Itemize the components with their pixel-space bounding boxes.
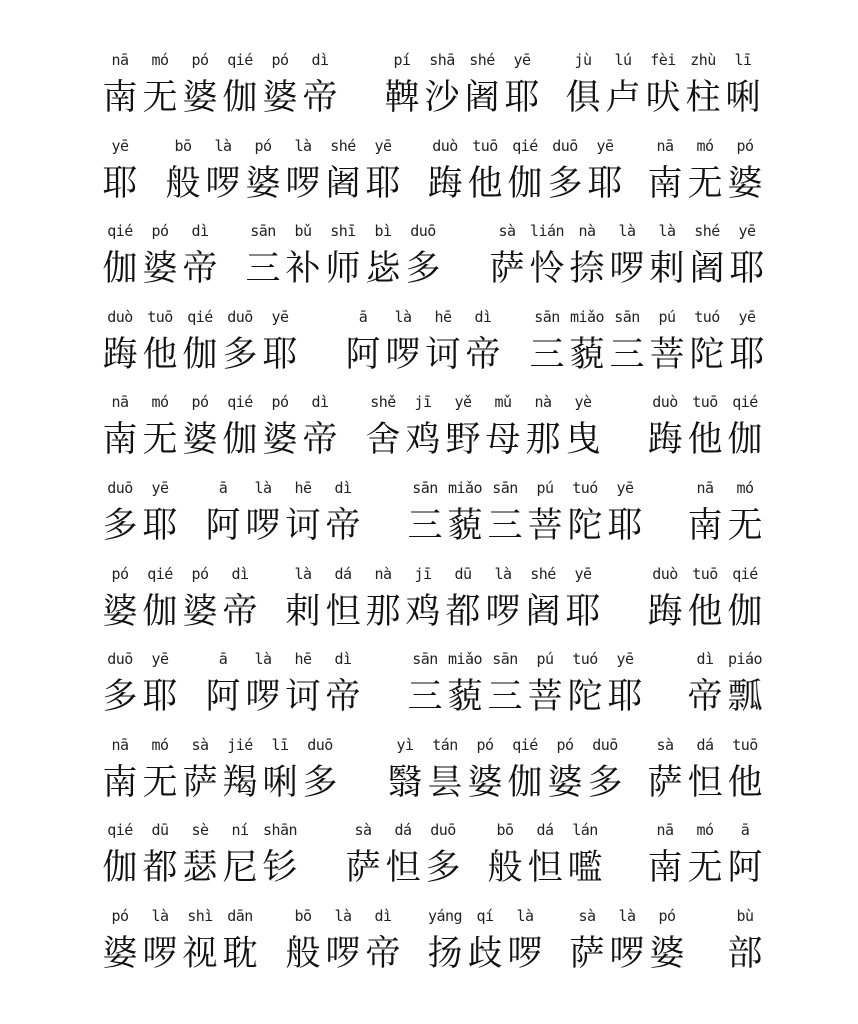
text-line: qié伽pó婆dì帝sān三bǔ补shī师bì毖duō多sà萨lián怜nà捺l… <box>0 216 858 302</box>
character-cell: pó婆 <box>647 901 687 977</box>
hanzi-character: 吠 <box>645 75 680 121</box>
character-cell: dá怛 <box>383 815 423 891</box>
pinyin-annotation: dá <box>334 559 351 589</box>
hanzi-character: 啰 <box>385 332 420 378</box>
pinyin-annotation: dì <box>374 901 391 931</box>
character-cell: ā阿 <box>725 815 765 891</box>
character-cell: shì视 <box>180 901 220 977</box>
phrase-segment: nā南mó无pó婆 <box>645 131 765 207</box>
hanzi-character: 陀 <box>567 503 602 549</box>
text-line: pó婆qié伽pó婆dì帝là剌dá怛nà那jī鸡dū都là啰shé阇yē耶du… <box>0 559 858 645</box>
pinyin-annotation: dū <box>454 559 471 589</box>
pinyin-annotation: hē <box>294 473 311 503</box>
pinyin-annotation: dì <box>696 644 713 674</box>
pinyin-annotation: duò <box>652 387 678 417</box>
hanzi-character: 三 <box>609 332 644 378</box>
character-cell: nā南 <box>100 45 140 121</box>
character-cell: yē耶 <box>605 473 645 549</box>
hanzi-character: 卢 <box>605 75 640 121</box>
character-cell: sè瑟 <box>180 815 220 891</box>
character-cell: nà那 <box>523 387 563 463</box>
pinyin-annotation: ā <box>219 473 228 503</box>
pinyin-annotation: duō <box>107 644 133 674</box>
hanzi-character: 婆 <box>467 760 502 806</box>
pinyin-annotation: piáo <box>728 644 762 674</box>
character-cell: yē耶 <box>100 131 140 207</box>
hanzi-character: 耽 <box>222 931 257 977</box>
pinyin-annotation: shā <box>429 45 455 75</box>
character-cell: qié伽 <box>100 216 140 292</box>
character-cell: dì帝 <box>363 901 403 977</box>
pinyin-annotation: pó <box>556 730 573 760</box>
pinyin-annotation: shī <box>330 216 356 246</box>
text-line: nā南mó无pó婆qié伽pó婆dì帝pí鞞shā沙shé阇yē耶jù俱lú卢f… <box>0 45 858 131</box>
pinyin-annotation: tuō <box>692 559 718 589</box>
pinyin-annotation: là <box>658 216 675 246</box>
character-cell: nā南 <box>645 815 685 891</box>
hanzi-character: 俱 <box>565 75 600 121</box>
phrase-segment: là剌dá怛nà那jī鸡dū都là啰shé阇yē耶 <box>283 559 603 635</box>
hanzi-character: 伽 <box>222 75 257 121</box>
hanzi-character: 萨 <box>569 931 604 977</box>
hanzi-character: 三 <box>529 332 564 378</box>
pinyin-annotation: dá <box>394 815 411 845</box>
pinyin-annotation: pó <box>111 559 128 589</box>
hanzi-character: 耶 <box>729 332 764 378</box>
pinyin-annotation: miǎo <box>448 473 482 503</box>
character-cell: dá怛 <box>685 730 725 806</box>
character-cell: nā南 <box>100 387 140 463</box>
hanzi-character: 菩 <box>527 503 562 549</box>
text-line: qié伽dū都sè瑟ní尼shān钐sà萨dá怛duō多bō般dá怛lán嚂nā… <box>0 815 858 901</box>
pinyin-annotation: mó <box>151 730 168 760</box>
character-cell: lī唎 <box>723 45 763 121</box>
pinyin-annotation: pó <box>271 387 288 417</box>
hanzi-character: 昙 <box>427 760 462 806</box>
pinyin-annotation: mó <box>736 473 753 503</box>
pinyin-annotation: qí <box>476 901 493 931</box>
phrase-segment: nā南mó无ā阿 <box>645 815 765 891</box>
hanzi-character: 帝 <box>325 503 360 549</box>
character-cell: yè曳 <box>563 387 603 463</box>
hanzi-character: 啰 <box>609 246 644 292</box>
phrase-segment: duò踇tuō他qié伽duō多yē耶 <box>425 131 625 207</box>
character-cell: hē诃 <box>423 302 463 378</box>
hanzi-character: 耶 <box>142 674 177 720</box>
character-cell: lián怜 <box>527 216 567 292</box>
character-cell: yì翳 <box>385 730 425 806</box>
pinyin-annotation: là <box>494 559 511 589</box>
hanzi-character: 怛 <box>687 760 722 806</box>
pinyin-annotation: nà <box>534 387 551 417</box>
hanzi-character: 三 <box>487 674 522 720</box>
character-cell: dì帝 <box>685 644 725 720</box>
character-cell: yē耶 <box>140 644 180 720</box>
pinyin-annotation: pó <box>151 216 168 246</box>
pinyin-annotation: duō <box>227 302 253 332</box>
character-cell: tuō他 <box>685 387 725 463</box>
pinyin-annotation: qié <box>187 302 213 332</box>
pinyin-annotation: là <box>151 901 168 931</box>
character-cell: nā南 <box>685 473 725 549</box>
phrase-segment: ā阿là啰hē诃dì帝 <box>203 473 363 549</box>
character-cell: shé阇 <box>523 559 563 635</box>
character-cell: pó婆 <box>545 730 585 806</box>
character-cell: duō多 <box>100 473 140 549</box>
phrase-segment: duò踇tuō他qié伽duō多yē耶 <box>100 302 300 378</box>
phrase-segment: bō般dá怛lán嚂 <box>485 815 605 891</box>
hanzi-character: 阇 <box>525 589 560 635</box>
hanzi-character: 多 <box>405 246 440 292</box>
hanzi-character: 伽 <box>507 760 542 806</box>
pinyin-annotation: yáng <box>428 901 462 931</box>
pinyin-annotation: yē <box>616 473 633 503</box>
hanzi-character: 尼 <box>222 845 257 891</box>
phrase-segment: sà萨dá怛tuō他 <box>645 730 765 806</box>
hanzi-character: 萨 <box>489 246 524 292</box>
hanzi-character: 师 <box>325 246 360 292</box>
character-cell: sà萨 <box>343 815 383 891</box>
character-cell: là啰 <box>140 901 180 977</box>
character-cell: duò踇 <box>645 387 685 463</box>
character-cell: jī鸡 <box>403 559 443 635</box>
hanzi-character: 曳 <box>565 417 600 463</box>
phrase-segment: pó婆là啰shì视dān耽 <box>100 901 260 977</box>
character-cell: duō多 <box>220 302 260 378</box>
character-cell: bō般 <box>283 901 323 977</box>
character-cell: lú卢 <box>603 45 643 121</box>
phrase-segment: sān三miǎo藐sān三pú菩tuó陀yē耶 <box>405 644 645 720</box>
hanzi-character: 南 <box>102 760 137 806</box>
hanzi-character: 陀 <box>689 332 724 378</box>
character-cell: hē诃 <box>283 644 323 720</box>
pinyin-annotation: dū <box>151 815 168 845</box>
character-cell: yē耶 <box>585 131 625 207</box>
hanzi-character: 耶 <box>142 503 177 549</box>
character-cell: sà萨 <box>487 216 527 292</box>
hanzi-character: 般 <box>165 161 200 207</box>
pinyin-annotation: sà <box>354 815 371 845</box>
pinyin-annotation: qié <box>732 559 758 589</box>
character-cell: sān三 <box>243 216 283 292</box>
hanzi-character: 怜 <box>529 246 564 292</box>
pinyin-annotation: yē <box>271 302 288 332</box>
pinyin-annotation: là <box>618 216 635 246</box>
hanzi-character: 踇 <box>102 332 137 378</box>
pinyin-annotation: duō <box>552 131 578 161</box>
hanzi-character: 母 <box>485 417 520 463</box>
pinyin-annotation: ā <box>741 815 750 845</box>
hanzi-character: 鸡 <box>405 589 440 635</box>
character-cell: pó婆 <box>140 216 180 292</box>
pinyin-annotation: qié <box>732 387 758 417</box>
pinyin-annotation: shān <box>263 815 297 845</box>
phrase-segment: sà萨lián怜nà捺là啰là剌shé阇yē耶 <box>487 216 767 292</box>
hanzi-character: 无 <box>142 417 177 463</box>
hanzi-character: 耶 <box>365 161 400 207</box>
hanzi-character: 无 <box>687 845 722 891</box>
pinyin-annotation: dá <box>536 815 553 845</box>
character-cell: shé阇 <box>687 216 727 292</box>
pinyin-annotation: jié <box>227 730 253 760</box>
hanzi-character: 那 <box>525 417 560 463</box>
pinyin-annotation: lán <box>572 815 598 845</box>
pinyin-annotation: shé <box>694 216 720 246</box>
hanzi-character: 帝 <box>325 674 360 720</box>
pinyin-annotation: là <box>516 901 533 931</box>
hanzi-character: 他 <box>687 589 722 635</box>
character-cell: duō多 <box>585 730 625 806</box>
pinyin-annotation: dì <box>334 644 351 674</box>
phrase-segment: duō多yē耶 <box>100 473 180 549</box>
character-cell: duō多 <box>300 730 340 806</box>
pinyin-annotation: pó <box>254 131 271 161</box>
hanzi-character: 帝 <box>687 674 722 720</box>
hanzi-character: 多 <box>587 760 622 806</box>
character-cell: sà萨 <box>567 901 607 977</box>
character-cell: bǔ补 <box>283 216 323 292</box>
pinyin-annotation: duò <box>107 302 133 332</box>
character-cell: mó无 <box>685 815 725 891</box>
pinyin-annotation: sà <box>498 216 515 246</box>
pinyin-annotation: bō <box>174 131 191 161</box>
pinyin-annotation: sān <box>614 302 640 332</box>
pinyin-annotation: shé <box>469 45 495 75</box>
pinyin-annotation: shì <box>187 901 213 931</box>
hanzi-character: 踇 <box>427 161 462 207</box>
character-cell: pó婆 <box>180 45 220 121</box>
character-cell: mó无 <box>685 131 725 207</box>
character-cell: dá怛 <box>525 815 565 891</box>
pinyin-annotation: duō <box>410 216 436 246</box>
hanzi-character: 耶 <box>565 589 600 635</box>
phrase-segment: bō般là啰pó婆là啰shé阇yē耶 <box>163 131 403 207</box>
hanzi-character: 都 <box>445 589 480 635</box>
hanzi-character: 伽 <box>142 589 177 635</box>
pinyin-annotation: bù <box>736 901 753 931</box>
hanzi-character: 毖 <box>365 246 400 292</box>
hanzi-character: 婆 <box>182 589 217 635</box>
pinyin-annotation: hē <box>294 644 311 674</box>
pinyin-annotation: duō <box>307 730 333 760</box>
hanzi-character: 阇 <box>689 246 724 292</box>
hanzi-character: 藐 <box>569 332 604 378</box>
hanzi-character: 婆 <box>547 760 582 806</box>
pinyin-annotation: yē <box>738 216 755 246</box>
phrase-segment: nā南mó无pó婆qié伽pó婆dì帝 <box>100 387 340 463</box>
character-cell: tuō他 <box>465 131 505 207</box>
pinyin-annotation: là <box>294 131 311 161</box>
hanzi-character: 耶 <box>607 674 642 720</box>
character-cell: qié伽 <box>100 815 140 891</box>
pinyin-annotation: nā <box>111 387 128 417</box>
character-cell: bì毖 <box>363 216 403 292</box>
pinyin-annotation: nā <box>656 131 673 161</box>
pinyin-annotation: jī <box>414 559 431 589</box>
character-cell: qié伽 <box>725 387 765 463</box>
pinyin-annotation: yì <box>396 730 413 760</box>
pinyin-annotation: lī <box>734 45 751 75</box>
hanzi-character: 瓢 <box>727 674 762 720</box>
hanzi-character: 陀 <box>567 674 602 720</box>
character-cell: pó婆 <box>100 901 140 977</box>
character-cell: fèi吠 <box>643 45 683 121</box>
hanzi-character: 唎 <box>725 75 760 121</box>
character-cell: mó无 <box>725 473 765 549</box>
pinyin-annotation: qié <box>227 45 253 75</box>
pinyin-annotation: là <box>254 644 271 674</box>
character-cell: yē耶 <box>260 302 300 378</box>
character-cell: qié伽 <box>505 131 545 207</box>
character-cell: dì帝 <box>180 216 220 292</box>
pinyin-annotation: ní <box>231 815 248 845</box>
character-cell: yě野 <box>443 387 483 463</box>
hanzi-character: 啰 <box>245 503 280 549</box>
character-cell: qié伽 <box>140 559 180 635</box>
character-cell: qí歧 <box>465 901 505 977</box>
character-cell: là啰 <box>283 131 323 207</box>
hanzi-character: 鞞 <box>384 75 419 121</box>
character-cell: shī师 <box>323 216 363 292</box>
character-cell: qié伽 <box>180 302 220 378</box>
hanzi-character: 多 <box>102 503 137 549</box>
text-line: yē耶bō般là啰pó婆là啰shé阇yē耶duò踇tuō他qié伽duō多yē… <box>0 131 858 217</box>
pinyin-annotation: qié <box>107 216 133 246</box>
pinyin-annotation: lián <box>530 216 564 246</box>
pinyin-annotation: duō <box>107 473 133 503</box>
phrase-segment: duō多yē耶 <box>100 644 180 720</box>
phrase-segment: sān三bǔ补shī师bì毖duō多 <box>243 216 443 292</box>
character-cell: là啰 <box>243 473 283 549</box>
character-cell: dì帝 <box>463 302 503 378</box>
pinyin-annotation: pó <box>476 730 493 760</box>
pinyin-annotation: duò <box>652 559 678 589</box>
pinyin-annotation: sān <box>412 473 438 503</box>
pinyin-annotation: shě <box>370 387 396 417</box>
pinyin-annotation: mó <box>151 387 168 417</box>
hanzi-character: 多 <box>102 674 137 720</box>
hanzi-character: 耶 <box>607 503 642 549</box>
character-cell: dì帝 <box>323 473 363 549</box>
pinyin-annotation: bō <box>496 815 513 845</box>
pinyin-annotation: tuō <box>147 302 173 332</box>
hanzi-character: 阿 <box>345 332 380 378</box>
hanzi-character: 耶 <box>504 75 539 121</box>
hanzi-character: 婆 <box>727 161 762 207</box>
hanzi-character: 剌 <box>649 246 684 292</box>
character-cell: tuó陀 <box>565 644 605 720</box>
hanzi-character: 啰 <box>205 161 240 207</box>
character-cell: miǎo藐 <box>445 473 485 549</box>
phrase-segment: pó婆qié伽pó婆dì帝 <box>100 559 260 635</box>
pinyin-annotation: jù <box>574 45 591 75</box>
pinyin-annotation: là <box>334 901 351 931</box>
character-cell: qié伽 <box>220 387 260 463</box>
phrase-segment: sà萨là啰pó婆 <box>567 901 687 977</box>
hanzi-character: 三 <box>407 503 442 549</box>
pinyin-annotation: qié <box>512 131 538 161</box>
character-cell: duō多 <box>545 131 585 207</box>
character-cell: là啰 <box>323 901 363 977</box>
hanzi-character: 南 <box>102 417 137 463</box>
hanzi-character: 无 <box>142 75 177 121</box>
pinyin-annotation: dì <box>231 559 248 589</box>
hanzi-character: 无 <box>142 760 177 806</box>
character-cell: pú菩 <box>647 302 687 378</box>
character-cell: jié羯 <box>220 730 260 806</box>
character-cell: shān钐 <box>260 815 300 891</box>
pinyin-annotation: pó <box>658 901 675 931</box>
hanzi-character: 怛 <box>385 845 420 891</box>
pinyin-annotation: bì <box>374 216 391 246</box>
hanzi-character: 踇 <box>647 589 682 635</box>
hanzi-character: 婆 <box>245 161 280 207</box>
pinyin-annotation: nà <box>578 216 595 246</box>
character-cell: jī鸡 <box>403 387 443 463</box>
pinyin-annotation: nā <box>111 730 128 760</box>
hanzi-character: 婆 <box>262 417 297 463</box>
pinyin-annotation: qié <box>227 387 253 417</box>
pinyin-annotation: yē <box>374 131 391 161</box>
hanzi-character: 嚂 <box>567 845 602 891</box>
hanzi-character: 帝 <box>302 75 337 121</box>
character-cell: sān三 <box>485 473 525 549</box>
hanzi-character: 他 <box>467 161 502 207</box>
hanzi-character: 无 <box>727 503 762 549</box>
pinyin-annotation: yē <box>616 644 633 674</box>
hanzi-character: 伽 <box>182 332 217 378</box>
character-cell: ā阿 <box>343 302 383 378</box>
character-cell: duò踇 <box>100 302 140 378</box>
character-cell: là啰 <box>505 901 545 977</box>
pinyin-annotation: yě <box>454 387 471 417</box>
character-cell: yē耶 <box>563 559 603 635</box>
pinyin-annotation: sān <box>492 473 518 503</box>
character-cell: shé阇 <box>462 45 502 121</box>
character-cell: pó婆 <box>243 131 283 207</box>
pinyin-annotation: yè <box>574 387 591 417</box>
character-cell: qié伽 <box>725 559 765 635</box>
hanzi-character: 般 <box>487 845 522 891</box>
pinyin-annotation: shé <box>530 559 556 589</box>
hanzi-character: 阿 <box>205 674 240 720</box>
hanzi-character: 南 <box>647 161 682 207</box>
text-line: pó婆là啰shì视dān耽bō般là啰dì帝yáng扬qí歧là啰sà萨là啰… <box>0 901 858 987</box>
hanzi-character: 阿 <box>205 503 240 549</box>
character-cell: là啰 <box>607 216 647 292</box>
hanzi-character: 帝 <box>302 417 337 463</box>
pinyin-annotation: fèi <box>650 45 676 75</box>
pinyin-annotation: lú <box>614 45 631 75</box>
hanzi-character: 都 <box>142 845 177 891</box>
text-line: nā南mó无sà萨jié羯lī唎duō多yì翳tán昙pó婆qié伽pó婆duō… <box>0 730 858 816</box>
pinyin-annotation: dān <box>227 901 253 931</box>
hanzi-character: 啰 <box>609 931 644 977</box>
hanzi-character: 菩 <box>527 674 562 720</box>
pinyin-annotation: dì <box>311 45 328 75</box>
pinyin-annotation: qié <box>147 559 173 589</box>
pinyin-annotation: miǎo <box>448 644 482 674</box>
pinyin-annotation: sān <box>492 644 518 674</box>
hanzi-character: 啰 <box>325 931 360 977</box>
hanzi-character: 伽 <box>727 417 762 463</box>
character-cell: bō般 <box>163 131 203 207</box>
hanzi-character: 诃 <box>285 674 320 720</box>
pinyin-annotation: nā <box>696 473 713 503</box>
pinyin-annotation: pú <box>536 473 553 503</box>
pinyin-annotation: tuó <box>694 302 720 332</box>
hanzi-character: 帝 <box>182 246 217 292</box>
